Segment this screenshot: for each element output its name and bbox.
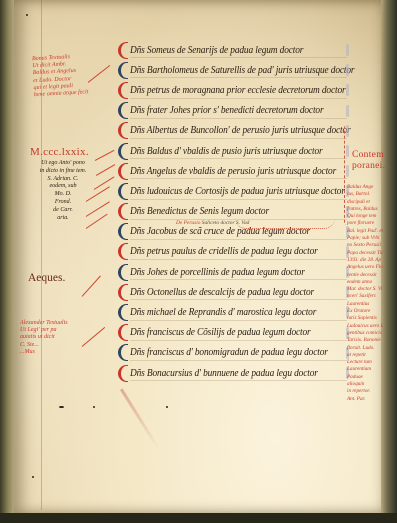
decorated-initial-icon xyxy=(118,344,128,361)
entry-line: Dñs ludouicus de Cortosijs de padua juri… xyxy=(118,181,343,201)
entry-text: Dñs petrus paulus de cridellis de padua … xyxy=(130,246,318,257)
note-line: Tarisis. Bononie xyxy=(347,337,383,344)
entry-line: Dñs franciscus de Cõsilijs de padua legu… xyxy=(118,323,343,343)
entry-text: Dñs ludouicus de Cortosijs de padua juri… xyxy=(130,186,345,197)
note-line: Ludouicus uero Le xyxy=(347,323,383,330)
entry-line: Dñs Angelus de vbaldis de perusio juris … xyxy=(118,161,343,181)
ruling-line xyxy=(130,158,347,159)
note-line: de Carr. xyxy=(32,207,94,215)
decorated-initial-icon xyxy=(118,284,128,301)
wavy-line-decoration xyxy=(235,218,335,229)
entry-line: Dñs franciscus d' bonomigradun de padua … xyxy=(118,343,343,363)
interlinear-red: De Perusio xyxy=(176,220,200,226)
note-line: ncen' Saxiferr. xyxy=(347,293,383,300)
decorated-initial-icon xyxy=(118,143,128,160)
entry-text: Dñs franciscus d' bonomigradun de padua … xyxy=(130,347,328,358)
line-end-mark xyxy=(346,44,349,56)
main-text-block: Dñs Someus de Senarijs de padua legum do… xyxy=(118,40,343,383)
note-line: Baldus Ange xyxy=(347,184,383,191)
entry-text: Dñs Johes de porcellinis de padua legum … xyxy=(130,267,305,278)
entry-line: Dñs Albertus de Buncollon' de perusio ju… xyxy=(118,121,343,141)
ink-spot xyxy=(59,406,64,408)
year-heading: M.ccc.lxxix. xyxy=(30,146,89,158)
note-line: Lecture tum xyxy=(347,359,383,366)
ruling-line xyxy=(130,299,347,300)
note-line: Papa decessit Ticini xyxy=(347,250,383,257)
entry-text: Dñs Octonellus de descalcijs de padua le… xyxy=(130,287,314,298)
contemporanei-heading: Contem poranei. xyxy=(352,150,385,172)
note-line: 1393. die 28. Ap xyxy=(347,257,383,264)
note-line: rentie decessit xyxy=(347,272,383,279)
entry-text: Dñs Bartholomeus de Saturellis de pad' j… xyxy=(130,65,354,76)
note-line: eodem, sub xyxy=(32,183,94,191)
entry-line: Dñs Someus de Senarijs de padua legum do… xyxy=(118,40,343,60)
ruling-line xyxy=(130,118,347,119)
note-line: Bal. legit Pad'. et xyxy=(347,228,383,235)
decorated-initial-icon xyxy=(118,102,128,119)
note-line: eodem anno xyxy=(347,279,383,286)
ruling-line xyxy=(130,340,347,341)
note-line: at repetit xyxy=(347,352,383,359)
note-line: no Sexto Perusii xyxy=(347,242,383,249)
note-line: Ant. Par. xyxy=(347,396,383,403)
ruling-line xyxy=(130,57,347,58)
note-line: ...Mus xyxy=(20,349,82,356)
entry-line: Dñs Baldus d' vbaldis de pusio juris utr… xyxy=(118,141,343,161)
ruling-line xyxy=(130,259,347,260)
note-line: Contem xyxy=(352,150,385,161)
note-line: in repertor. xyxy=(347,388,383,395)
decorated-initial-icon xyxy=(118,243,128,260)
note-line: floruit. Ludo. xyxy=(347,345,383,352)
note-line: Ut ego Anto' pono xyxy=(32,160,94,168)
note-line: Paduae xyxy=(347,374,383,381)
decorated-initial-icon xyxy=(118,122,128,139)
ink-spot xyxy=(32,476,34,478)
decorated-initial-icon xyxy=(118,324,128,341)
note-line: Mo. D. xyxy=(32,191,94,199)
ruling-line xyxy=(130,138,347,139)
entry-text: Dñs frater Johes prior s' benedicti decr… xyxy=(130,105,323,116)
note-line: Angelus uero Flo xyxy=(347,264,383,271)
note-line: pore floruere xyxy=(347,220,383,227)
entry-line: Dñs petrus paulus de cridellis de padua … xyxy=(118,242,343,262)
year-note: Ut ego Anto' pono in dicto in fine tem. … xyxy=(32,160,94,222)
decorated-initial-icon xyxy=(118,82,128,99)
ink-spot xyxy=(93,406,95,408)
ruling-line xyxy=(130,77,347,78)
entry-text: Dñs Bonacursius d' bunnuene de padua leg… xyxy=(130,368,318,379)
ink-spot xyxy=(26,14,28,16)
note-line: C. Ste... xyxy=(20,342,82,349)
decorated-initial-icon xyxy=(118,223,128,240)
note-line: S. Adrian. C. xyxy=(32,176,94,184)
entry-text: Dñs Angelus de vbaldis de perusio juris … xyxy=(130,166,336,177)
note-line: Papie; sub Vrbi xyxy=(347,235,383,242)
decorated-initial-icon xyxy=(118,304,128,321)
line-end-mark xyxy=(346,64,349,76)
note-line: Ut Legi' per pa xyxy=(20,327,82,334)
note-line: discipuli et xyxy=(347,199,383,206)
entry-text: Dñs Benedictus de Senis legum doctor xyxy=(130,206,269,217)
section-heading: Aeques. xyxy=(28,272,65,284)
decorated-initial-icon xyxy=(118,203,128,220)
note-line: lus, Bartol. xyxy=(347,191,383,198)
ruling-line xyxy=(130,279,347,280)
entry-text: Dñs petrus de moragnana prior ecclesie d… xyxy=(130,85,346,96)
left-top-note: Bonus Textualis Ut dicit Ambr. Baldus et… xyxy=(32,52,114,99)
entry-line: Dñs Bartholomeus de Saturellis de pad' j… xyxy=(118,60,343,80)
entry-text: Dñs Baldus d' vbaldis de pusio juris utr… xyxy=(130,146,323,157)
entry-line: Dñs michael de Reprandis d' marostica le… xyxy=(118,302,343,322)
note-line: in dicto in fine tem. xyxy=(32,168,94,176)
right-margin-note: Baldus Angelus, Bartol.discipuli etfratr… xyxy=(347,184,383,403)
note-line: Laurentium xyxy=(347,366,383,373)
entry-line: Dñs petrus de moragnana prior ecclesie d… xyxy=(118,80,343,100)
note-line: alioquin xyxy=(347,381,383,388)
ink-spot xyxy=(166,406,168,408)
entry-text: Dñs Someus de Senarijs de padua legum do… xyxy=(130,45,303,56)
note-line: auiatis ut dicit xyxy=(20,334,82,341)
decorated-initial-icon xyxy=(118,42,128,59)
note-line: fratres, Baldus xyxy=(347,206,383,213)
entry-line: Dñs Johes de porcellinis de padua legum … xyxy=(118,262,343,282)
entry-line: Dñs Octonellus de descalcijs de padua le… xyxy=(118,282,343,302)
note-line: Laurentius xyxy=(347,301,383,308)
left-bottom-note: Alexander Textualis Ut Legi' per pa auia… xyxy=(20,320,82,356)
ruling-line xyxy=(130,199,347,200)
decorated-initial-icon xyxy=(118,62,128,79)
entry-line: Dñs frater Johes prior s' benedicti decr… xyxy=(118,101,343,121)
entry-text: Dñs franciscus de Cõsilijs de padua legu… xyxy=(130,327,311,338)
ruling-line xyxy=(130,239,347,240)
decorated-initial-icon xyxy=(118,183,128,200)
line-end-mark xyxy=(346,105,349,117)
line-end-mark xyxy=(346,84,349,96)
ruling-line xyxy=(130,360,347,361)
note-line: poranei. xyxy=(352,161,385,172)
note-line: iuris Sapientis xyxy=(347,315,383,322)
page-edge-bottom xyxy=(0,513,397,523)
note-line: Alexander Textualis xyxy=(20,320,82,327)
ruling-line xyxy=(130,98,347,99)
page-edge-right xyxy=(381,0,397,523)
ruling-line xyxy=(130,178,347,179)
ruling-line xyxy=(130,380,347,381)
entry-line: Dñs Bonacursius d' bunnuene de padua leg… xyxy=(118,363,343,383)
ruling-line xyxy=(130,320,347,321)
entry-text: Dñs michael de Reprandis d' marostica le… xyxy=(130,307,316,318)
decorated-initial-icon xyxy=(118,264,128,281)
note-line: gentibus comicis xyxy=(347,330,383,337)
decorated-initial-icon xyxy=(118,163,128,180)
decorated-initial-icon xyxy=(118,365,128,382)
entry-text: Dñs Albertus de Buncollon' de perusio ju… xyxy=(130,125,351,136)
note-line: Ex Oratore xyxy=(347,308,383,315)
